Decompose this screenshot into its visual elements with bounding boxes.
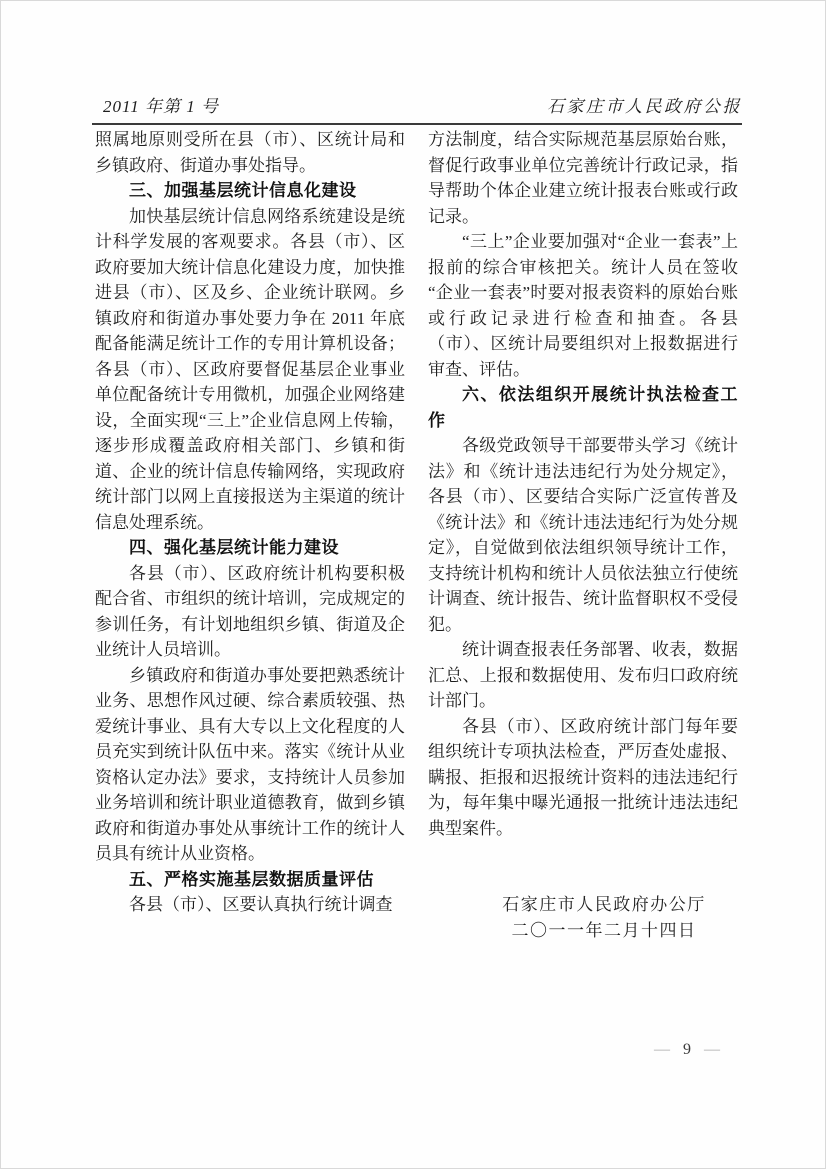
- column-left: 照属地原则受所在县（市）、区统计局和乡镇政府、街道办事处指导。三、加强基层统计信…: [95, 127, 405, 943]
- document-body: 照属地原则受所在县（市）、区统计局和乡镇政府、街道办事处指导。三、加强基层统计信…: [95, 127, 741, 943]
- section-heading: 三、加强基层统计信息化建设: [95, 178, 405, 204]
- paragraph: 各县（市）、区政府统计机构要积极配合省、市组织的统计培训，完成规定的参训任务，有…: [95, 561, 405, 663]
- paragraph: 加快基层统计信息网络系统建设是统计科学发展的客观要求。各县（市）、区政府要加大统…: [95, 204, 405, 536]
- paragraph: 各县（市）、区要认真执行统计调查: [95, 892, 405, 918]
- paragraph: 乡镇政府和街道办事处要把熟悉统计业务、思想作风过硬、综合素质较强、热爱统计事业、…: [95, 663, 405, 867]
- folio-right-dash: —: [704, 1040, 720, 1060]
- paragraph: 方法制度，结合实际规范基层原始台账，督促行政事业单位完善统计行政记录，指导帮助个…: [428, 127, 738, 229]
- date-line: 二〇一一年二月十四日: [428, 918, 738, 944]
- paragraph: 统计调查报表任务部署、收表，数据汇总、上报和数据使用、发布归口政府统计部门。: [428, 637, 738, 714]
- paragraph: 照属地原则受所在县（市）、区统计局和乡镇政府、街道办事处指导。: [95, 127, 405, 178]
- paragraph: 各县（市）、区政府统计部门每年要组织统计专项执法检查，严厉查处虚报、瞒报、拒报和…: [428, 714, 738, 842]
- page-number: 9: [683, 1040, 691, 1060]
- header-publication-title: 石家庄市人民政府公报: [547, 92, 742, 117]
- section-heading: 四、强化基层统计能力建设: [95, 535, 405, 561]
- paragraph: “三上”企业要加强对“企业一套表”上报前的综合审核把关。统计人员在签收“企业一套…: [428, 229, 738, 382]
- section-heading: 五、严格实施基层数据质量评估: [95, 867, 405, 893]
- header-rule: 2011 年第 1 号 石家庄市人民政府公报: [92, 0, 742, 125]
- header-issue-number: 2011 年第 1 号: [92, 92, 219, 117]
- paragraph: 各级党政领导干部要带头学习《统计法》和《统计违法违纪行为处分规定》，各县（市）、…: [428, 433, 738, 637]
- signature-line: 石家庄市人民政府办公厅: [428, 892, 738, 918]
- section-heading: 六、依法组织开展统计执法检查工作: [428, 382, 738, 433]
- gazette-page: 2011 年第 1 号 石家庄市人民政府公报 照属地原则受所在县（市）、区统计局…: [0, 0, 826, 1169]
- folio-left-dash: —: [654, 1040, 670, 1060]
- column-right: 方法制度，结合实际规范基层原始台账，督促行政事业单位完善统计行政记录，指导帮助个…: [428, 127, 738, 943]
- folio: — 9 —: [0, 1040, 826, 1060]
- running-head: 2011 年第 1 号 石家庄市人民政府公报: [92, 0, 742, 125]
